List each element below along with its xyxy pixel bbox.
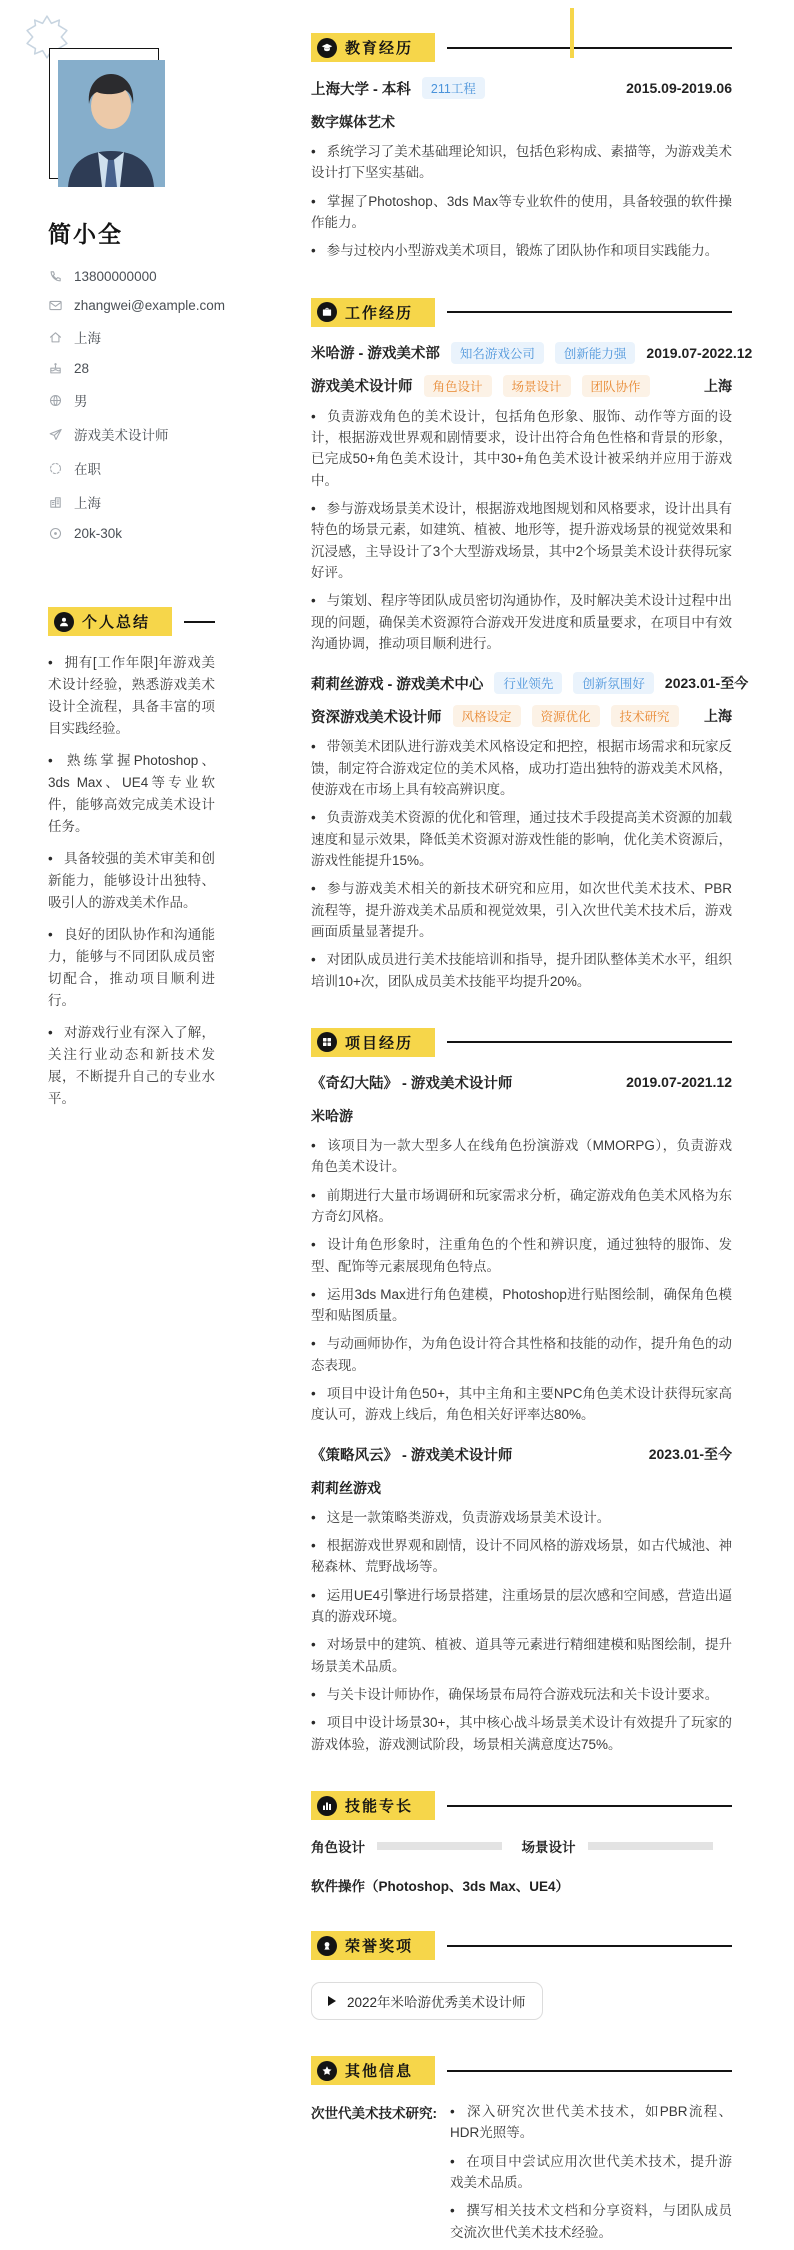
education-bullet: 掌握了Photoshop、3ds Max等专业软件的使用，具备较强的软件操作能力… bbox=[311, 191, 732, 234]
play-icon bbox=[328, 1996, 336, 2006]
portrait-illustration bbox=[58, 60, 165, 187]
role-tag: 技术研究 bbox=[611, 705, 679, 727]
section-badge: 个人总结 bbox=[48, 607, 172, 636]
project-bullet: 与动画师协作，为角色设计符合其性格和技能的动作，提升角色的动态表现。 bbox=[311, 1333, 732, 1376]
section-badge: 工作经历 bbox=[311, 298, 435, 327]
section-badge: 技能专长 bbox=[311, 1791, 435, 1820]
project-name: 《策略风云》 - 游戏美术设计师 bbox=[311, 1444, 512, 1465]
other-bullet: 深入研究次世代美术技术，如PBR流程、HDR光照等。 bbox=[450, 2101, 732, 2144]
bar-chart-icon bbox=[317, 1796, 337, 1816]
work-bullet: 对团队成员进行美术技能培训和指导，提升团队整体美术水平，组织培训10+次，团队成… bbox=[311, 949, 732, 992]
role-tag: 团队协作 bbox=[582, 375, 650, 397]
contact-text: 上海 bbox=[74, 492, 101, 512]
role-tag: 角色设计 bbox=[424, 375, 492, 397]
gender-icon bbox=[48, 393, 63, 408]
work-bullet: 负责游戏美术资源的优化和管理，通过技术手段提高美术资源的加载速度和显示效果，降低… bbox=[311, 807, 732, 871]
section-title: 工作经历 bbox=[345, 302, 413, 323]
profile-photo bbox=[58, 60, 165, 187]
other-bullet: 撰写相关技术文档和分享资料，与团队成员交流次世代美术技术经验。 bbox=[450, 2200, 732, 2243]
section-title: 技能专长 bbox=[345, 1795, 413, 1816]
contact-text: 游戏美术设计师 bbox=[74, 424, 169, 444]
company-tag: 知名游戏公司 bbox=[451, 342, 544, 364]
work-bullet: 与策划、程序等团队成员密切沟通协作，及时解决美术设计过程中出现的问题，确保美术资… bbox=[311, 590, 732, 654]
section-header-other: 其他信息 bbox=[311, 2056, 732, 2085]
phone-icon bbox=[48, 269, 63, 284]
contact-text: 20k-30k bbox=[74, 526, 122, 541]
contact-list: 13800000000 zhangwei@example.com 上海 28 bbox=[48, 269, 215, 541]
role-row: 资深游戏美术设计师 风格设定资源优化技术研究 上海 bbox=[311, 705, 732, 727]
section-title: 其他信息 bbox=[345, 2060, 413, 2081]
contact-item: 游戏美术设计师 bbox=[48, 424, 215, 444]
star-icon bbox=[317, 2061, 337, 2081]
section-header-projects: 项目经历 bbox=[311, 1028, 732, 1057]
education-bullets: 系统学习了美术基础理论知识，包括色彩构成、素描等，为游戏美术设计打下坚实基础。掌… bbox=[311, 141, 732, 262]
education-bullet: 参与过校内小型游戏美术项目，锻炼了团队协作和项目实践能力。 bbox=[311, 240, 732, 261]
medal-icon bbox=[317, 1936, 337, 1956]
role-tag: 资源优化 bbox=[532, 705, 600, 727]
section-title: 个人总结 bbox=[82, 611, 150, 632]
sidebar: 简小全 13800000000 zhangwei@example.com 上海 bbox=[0, 0, 311, 2250]
briefcase-icon bbox=[317, 302, 337, 322]
summary-bullet: 熟练掌握Photoshop、3ds Max、UE4等专业软件，能够高效完成美术设… bbox=[48, 750, 215, 838]
summary-bullet: 对游戏行业有深入了解，关注行业动态和新技术发展，不断提升自己的专业水平。 bbox=[48, 1022, 215, 1110]
role-tag: 风格设定 bbox=[453, 705, 521, 727]
education-entry: 上海大学 - 本科 211工程 2015.09-2019.06 数字媒体艺术 系… bbox=[311, 77, 732, 262]
project-date: 2019.07-2021.12 bbox=[626, 1074, 732, 1090]
divider-line bbox=[184, 621, 215, 623]
skill-bar-track bbox=[588, 1842, 713, 1850]
education-bullet: 系统学习了美术基础理论知识，包括色彩构成、素描等，为游戏美术设计打下坚实基础。 bbox=[311, 141, 732, 184]
divider-line bbox=[447, 1945, 732, 1947]
work-date: 2019.07-2022.12 bbox=[646, 345, 752, 361]
graduation-cap-icon bbox=[317, 38, 337, 58]
work-bullet: 带领美术团队进行游戏美术风格设定和把控，根据市场需求和玩家反馈，制定符合游戏定位… bbox=[311, 736, 732, 800]
divider-line bbox=[447, 1805, 732, 1807]
project-row: 《奇幻大陆》 - 游戏美术设计师 2019.07-2021.12 bbox=[311, 1072, 732, 1093]
section-header-skills: 技能专长 bbox=[311, 1791, 732, 1820]
contact-item: 在职 bbox=[48, 458, 215, 478]
project-bullet: 项目中设计场景30+，其中核心战斗场景美术设计有效提升了玩家的游戏体验，游戏测试… bbox=[311, 1712, 732, 1755]
project-company: 米哈游 bbox=[311, 1106, 732, 1126]
section-badge: 项目经历 bbox=[311, 1028, 435, 1057]
role-name: 资深游戏美术设计师 bbox=[311, 706, 442, 727]
project-row: 《策略风云》 - 游戏美术设计师 2023.01-至今 bbox=[311, 1444, 732, 1465]
work-bullet: 参与游戏美术相关的新技术研究和应用，如次世代美术技术、PBR流程等，提升游戏美术… bbox=[311, 878, 732, 942]
work-bullets: 负责游戏角色的美术设计，包括角色形象、服饰、动作等方面的设计，根据游戏世界观和剧… bbox=[311, 406, 732, 655]
contact-item: 13800000000 bbox=[48, 269, 215, 284]
summary-bullet: 拥有[工作年限]年游戏美术设计经验，熟悉游戏美术设计全流程，具备丰富的项目实践经… bbox=[48, 652, 215, 740]
company-tag: 行业领先 bbox=[494, 672, 562, 694]
contact-item: 男 bbox=[48, 390, 215, 410]
divider-line bbox=[447, 1041, 732, 1043]
project-entry: 《策略风云》 - 游戏美术设计师 2023.01-至今 莉莉丝游戏 这是一款策略… bbox=[311, 1444, 732, 1755]
work-bullet: 参与游戏场景美术设计，根据游戏地图规划和风格要求，设计出具有特色的场景元素，如建… bbox=[311, 498, 732, 583]
project-bullets: 该项目为一款大型多人在线角色扮演游戏（MMORPG），负责游戏角色美术设计。前期… bbox=[311, 1135, 732, 1426]
summary-bullet: 良好的团队协作和沟通能力，能够与不同团队成员密切配合，推动项目顺利进行。 bbox=[48, 924, 215, 1012]
skill-label: 角色设计 bbox=[311, 1836, 365, 1856]
contact-text: zhangwei@example.com bbox=[74, 298, 225, 313]
section-badge: 其他信息 bbox=[311, 2056, 435, 2085]
section-title: 教育经历 bbox=[345, 37, 413, 58]
project-company: 莉莉丝游戏 bbox=[311, 1478, 732, 1498]
section-title: 项目经历 bbox=[345, 1032, 413, 1053]
project-entry: 《奇幻大陆》 - 游戏美术设计师 2019.07-2021.12 米哈游 该项目… bbox=[311, 1072, 732, 1426]
section-title: 荣誉奖项 bbox=[345, 1935, 413, 1956]
contact-text: 上海 bbox=[74, 327, 101, 347]
work-date: 2023.01-至今 bbox=[665, 673, 748, 693]
company-row: 莉莉丝游戏 - 游戏美术中心 行业领先创新氛围好 2023.01-至今 bbox=[311, 672, 732, 694]
school-tag: 211工程 bbox=[422, 77, 485, 99]
work-location: 上海 bbox=[704, 706, 732, 726]
role-row: 游戏美术设计师 角色设计场景设计团队协作 上海 bbox=[311, 375, 732, 397]
section-header-summary: 个人总结 bbox=[48, 607, 215, 636]
photo-frame bbox=[58, 60, 165, 187]
work-bullet: 负责游戏角色的美术设计，包括角色形象、服饰、动作等方面的设计，根据游戏世界观和剧… bbox=[311, 406, 732, 491]
project-bullet: 与关卡设计师协作，确保场景布局符合游戏玩法和关卡设计要求。 bbox=[311, 1684, 732, 1705]
project-bullet: 根据游戏世界观和剧情，设计不同风格的游戏场景，如古代城池、神秘森林、荒野战场等。 bbox=[311, 1535, 732, 1578]
role-name: 游戏美术设计师 bbox=[311, 375, 413, 396]
divider-line bbox=[447, 47, 732, 49]
project-bullet: 前期进行大量市场调研和玩家需求分析，确定游戏角色美术风格为东方奇幻风格。 bbox=[311, 1185, 732, 1228]
salary-icon bbox=[48, 526, 63, 541]
divider-line bbox=[447, 311, 732, 313]
skill-bar-track bbox=[377, 1842, 502, 1850]
skill-label: 场景设计 bbox=[522, 1836, 576, 1856]
accent-bar bbox=[570, 8, 574, 58]
personal-summary: 个人总结 拥有[工作年限]年游戏美术设计经验，熟悉游戏美术设计全流程，具备丰富的… bbox=[48, 607, 215, 1110]
job-icon bbox=[48, 427, 63, 442]
section-badge: 教育经历 bbox=[311, 33, 435, 62]
project-name: 《奇幻大陆》 - 游戏美术设计师 bbox=[311, 1072, 512, 1093]
project-bullet: 对场景中的建筑、植被、道具等元素进行精细建模和贴图绘制，提升场景美术品质。 bbox=[311, 1634, 732, 1677]
project-date: 2023.01-至今 bbox=[649, 1444, 732, 1464]
company-tag: 创新能力强 bbox=[555, 342, 636, 364]
divider-line bbox=[447, 2070, 732, 2072]
company-row: 米哈游 - 游戏美术部 知名游戏公司创新能力强 2019.07-2022.12 bbox=[311, 342, 732, 364]
other-info-row: 次世代美术技术研究: 深入研究次世代美术技术，如PBR流程、HDR光照等。在项目… bbox=[311, 2101, 732, 2250]
user-icon bbox=[54, 612, 74, 632]
status-icon bbox=[48, 461, 63, 476]
project-bullet: 项目中设计角色50+，其中主角和主要NPC角色美术设计获得玩家高度认可，游戏上线… bbox=[311, 1383, 732, 1426]
other-bullet: 在项目中尝试应用次世代美术技术，提升游戏美术品质。 bbox=[450, 2151, 732, 2194]
resume-page: 简小全 13800000000 zhangwei@example.com 上海 bbox=[0, 0, 794, 2250]
grid-icon bbox=[317, 1032, 337, 1052]
section-header-honors: 荣誉奖项 bbox=[311, 1931, 732, 1960]
contact-text: 28 bbox=[74, 361, 89, 376]
contact-text: 13800000000 bbox=[74, 269, 157, 284]
contact-item: 20k-30k bbox=[48, 526, 215, 541]
other-bullets: 深入研究次世代美术技术，如PBR流程、HDR光照等。在项目中尝试应用次世代美术技… bbox=[450, 2101, 732, 2250]
section-badge: 荣誉奖项 bbox=[311, 1931, 435, 1960]
company-name: 莉莉丝游戏 - 游戏美术中心 bbox=[311, 673, 483, 694]
skill-bars: 角色设计 场景设计 bbox=[311, 1836, 732, 1856]
project-bullet: 这是一款策略类游戏，负责游戏场景美术设计。 bbox=[311, 1507, 732, 1528]
project-bullet: 该项目为一款大型多人在线角色扮演游戏（MMORPG），负责游戏角色美术设计。 bbox=[311, 1135, 732, 1178]
work-entry: 莉莉丝游戏 - 游戏美术中心 行业领先创新氛围好 2023.01-至今 资深游戏… bbox=[311, 672, 732, 992]
summary-bullet: 具备较强的美术审美和创新能力，能够设计出独特、吸引人的游戏美术作品。 bbox=[48, 848, 215, 914]
mail-icon bbox=[48, 298, 63, 313]
work-bullets: 带领美术团队进行游戏美术风格设定和把控，根据市场需求和玩家反馈，制定符合游戏定位… bbox=[311, 736, 732, 992]
honor-pill[interactable]: 2022年米哈游优秀美术设计师 bbox=[311, 1982, 543, 2020]
project-bullet: 设计角色形象时，注重角色的个性和辨识度，通过独特的服饰、发型、配饰等元素展现角色… bbox=[311, 1234, 732, 1277]
role-tag: 场景设计 bbox=[503, 375, 571, 397]
section-header-work: 工作经历 bbox=[311, 298, 732, 327]
age-icon bbox=[48, 361, 63, 376]
contact-item: zhangwei@example.com bbox=[48, 298, 215, 313]
contact-item: 28 bbox=[48, 361, 215, 376]
software-skills: 软件操作（Photoshop、3ds Max、UE4） bbox=[311, 1875, 732, 1895]
main-column: 教育经历 上海大学 - 本科 211工程 2015.09-2019.06 数字媒… bbox=[311, 0, 732, 2250]
skill-item: 角色设计 bbox=[311, 1836, 522, 1856]
other-label: 次世代美术技术研究: bbox=[311, 2101, 437, 2250]
company-name: 米哈游 - 游戏美术部 bbox=[311, 342, 440, 363]
school-name: 上海大学 - 本科 bbox=[311, 78, 411, 99]
contact-item: 上海 bbox=[48, 492, 215, 512]
work-entry: 米哈游 - 游戏美术部 知名游戏公司创新能力强 2019.07-2022.12 … bbox=[311, 342, 732, 655]
project-bullet: 运用3ds Max进行角色建模，Photoshop进行贴图绘制，确保角色模型和贴… bbox=[311, 1284, 732, 1327]
company-tag: 创新氛围好 bbox=[573, 672, 654, 694]
work-location: 上海 bbox=[704, 376, 732, 396]
contact-text: 男 bbox=[74, 390, 88, 410]
contact-text: 在职 bbox=[74, 458, 101, 478]
person-name: 简小全 bbox=[48, 216, 215, 249]
section-header-education: 教育经历 bbox=[311, 33, 732, 62]
project-bullet: 运用UE4引擎进行场景搭建，注重场景的层次感和空间感，营造出逼真的游戏环境。 bbox=[311, 1585, 732, 1628]
honor-text: 2022年米哈游优秀美术设计师 bbox=[347, 1991, 526, 2011]
building-icon bbox=[48, 495, 63, 510]
home-icon bbox=[48, 330, 63, 345]
skill-item: 场景设计 bbox=[522, 1836, 733, 1856]
contact-item: 上海 bbox=[48, 327, 215, 347]
education-date: 2015.09-2019.06 bbox=[626, 80, 732, 96]
project-bullets: 这是一款策略类游戏，负责游戏场景美术设计。根据游戏世界观和剧情，设计不同风格的游… bbox=[311, 1507, 732, 1755]
education-row: 上海大学 - 本科 211工程 2015.09-2019.06 bbox=[311, 77, 732, 99]
major-name: 数字媒体艺术 bbox=[311, 112, 732, 132]
